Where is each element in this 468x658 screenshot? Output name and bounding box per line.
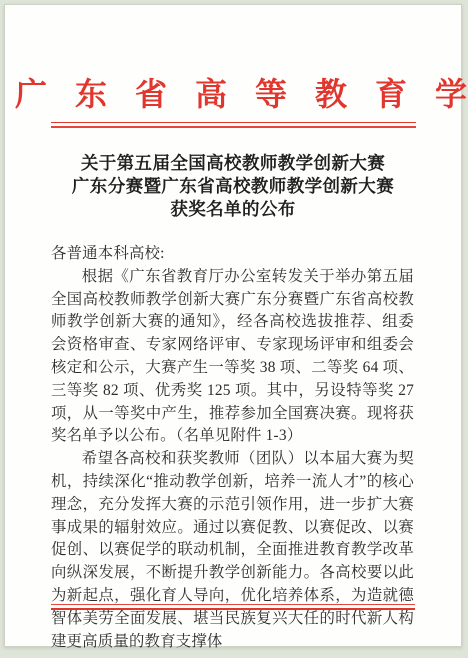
document-title-line-1: 关于第五届全国高校教师教学创新大赛 [5,152,461,175]
letterhead-divider [51,122,416,128]
document-title: 关于第五届全国高校教师教学创新大赛 广东分赛暨广东省高校教师教学创新大赛 获奖名… [5,152,461,221]
footer-divider [51,604,415,610]
document-title-line-3: 获奖名单的公布 [5,198,461,221]
salutation: 各普通本科高校: [51,243,414,266]
body-paragraph-1: 根据《广东省教育厅办公室转发关于举办第五届全国高校教师教学创新大赛广东分赛暨广东… [51,266,414,448]
document-title-line-2: 广东分赛暨广东省高校教师教学创新大赛 [5,175,461,198]
document-page: 广 东 省 高 等 教 育 学 会 关于第五届全国高校教师教学创新大赛 广东分赛… [4,4,462,647]
body-paragraph-2: 希望各高校和获奖教师（团队）以本届大赛为契机，持续深化“推动教学创新，培养一流人… [51,448,414,653]
document-body: 各普通本科高校: 根据《广东省教育厅办公室转发关于举办第五届全国高校教师教学创新… [51,243,414,653]
screenshot-root: { "document": { "org_name": "广 东 省 高 等 教… [0,0,468,658]
letterhead-org-name: 广 东 省 高 等 教 育 学 会 [5,75,461,113]
